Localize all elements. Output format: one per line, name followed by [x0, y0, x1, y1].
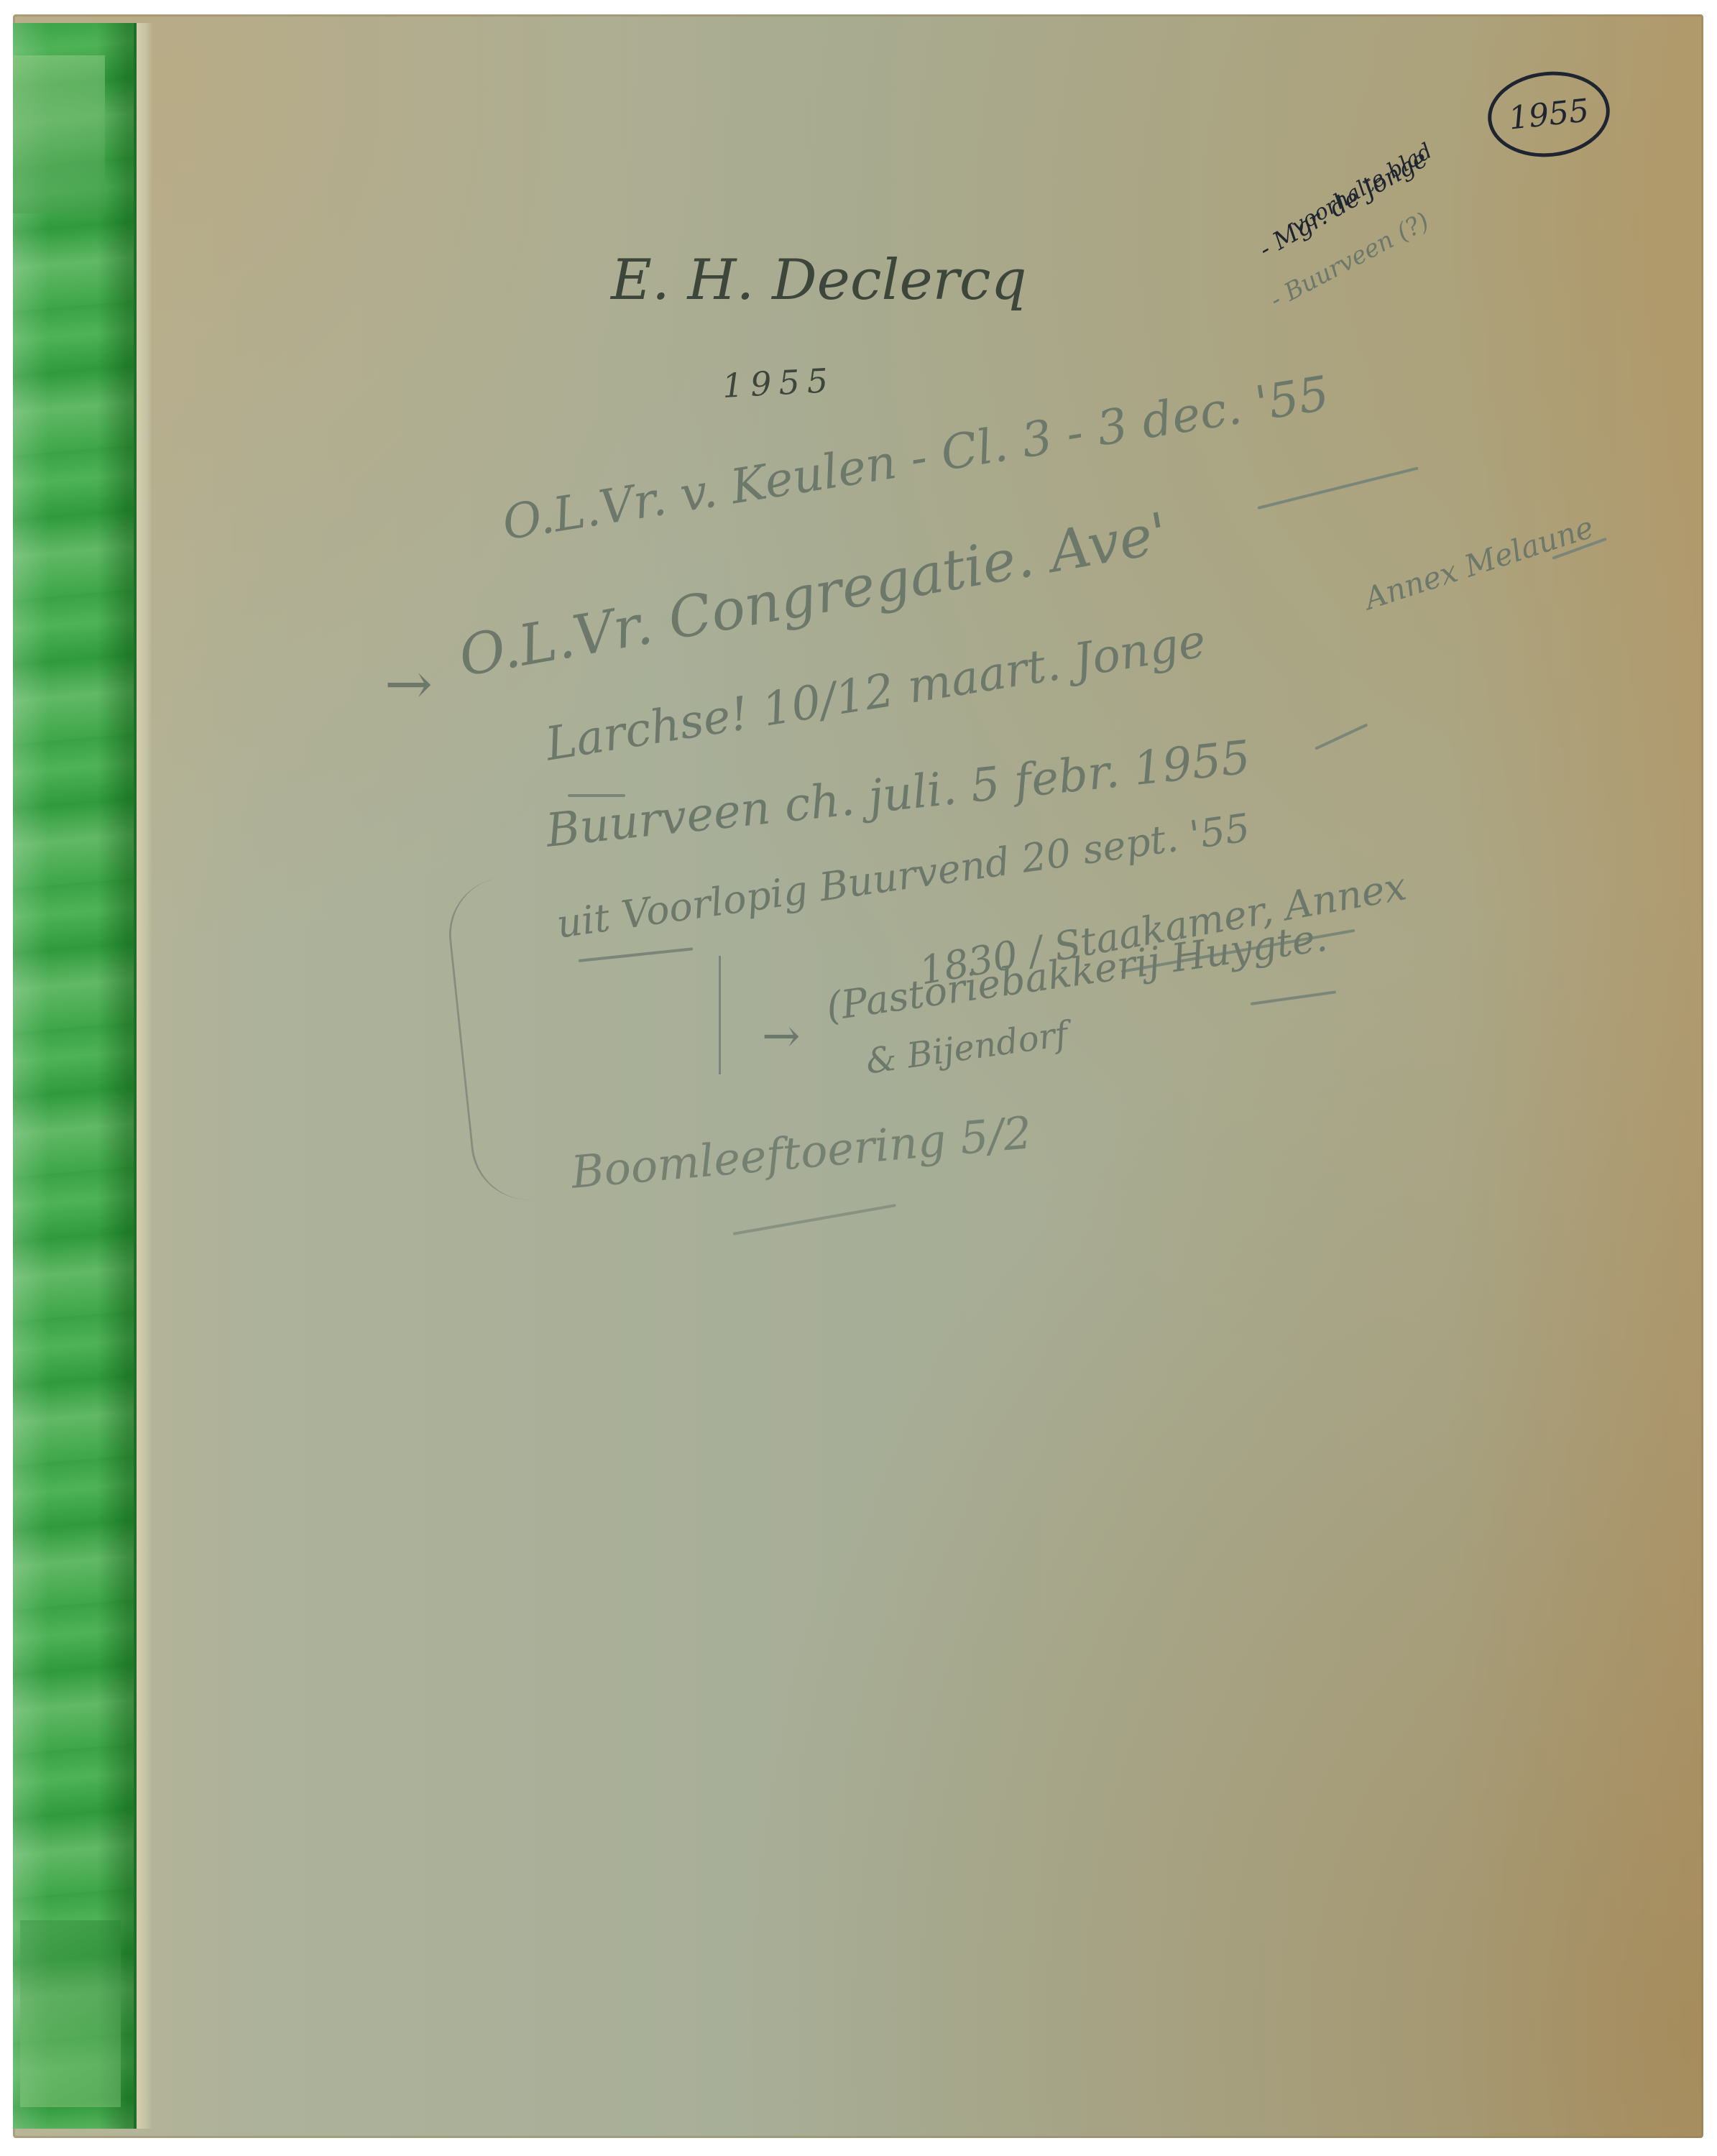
bracket-vertical-line: [719, 956, 721, 1074]
overline-buurveen: [568, 794, 625, 797]
signature-year: 1955: [722, 361, 837, 405]
arrow-icon-line7: →: [762, 1010, 801, 1063]
circled-year-text: 1955: [1507, 92, 1591, 137]
folder-cover: [13, 14, 1703, 2138]
spine-tape-patch-bottom: [20, 1920, 121, 2107]
spine-tape-patch-top: [13, 55, 105, 213]
cover-hinge: [137, 23, 152, 2129]
green-spine-tape: [13, 23, 137, 2129]
arrow-icon-line2: →: [385, 650, 433, 717]
signature: E. H. Declercq: [611, 248, 1027, 313]
